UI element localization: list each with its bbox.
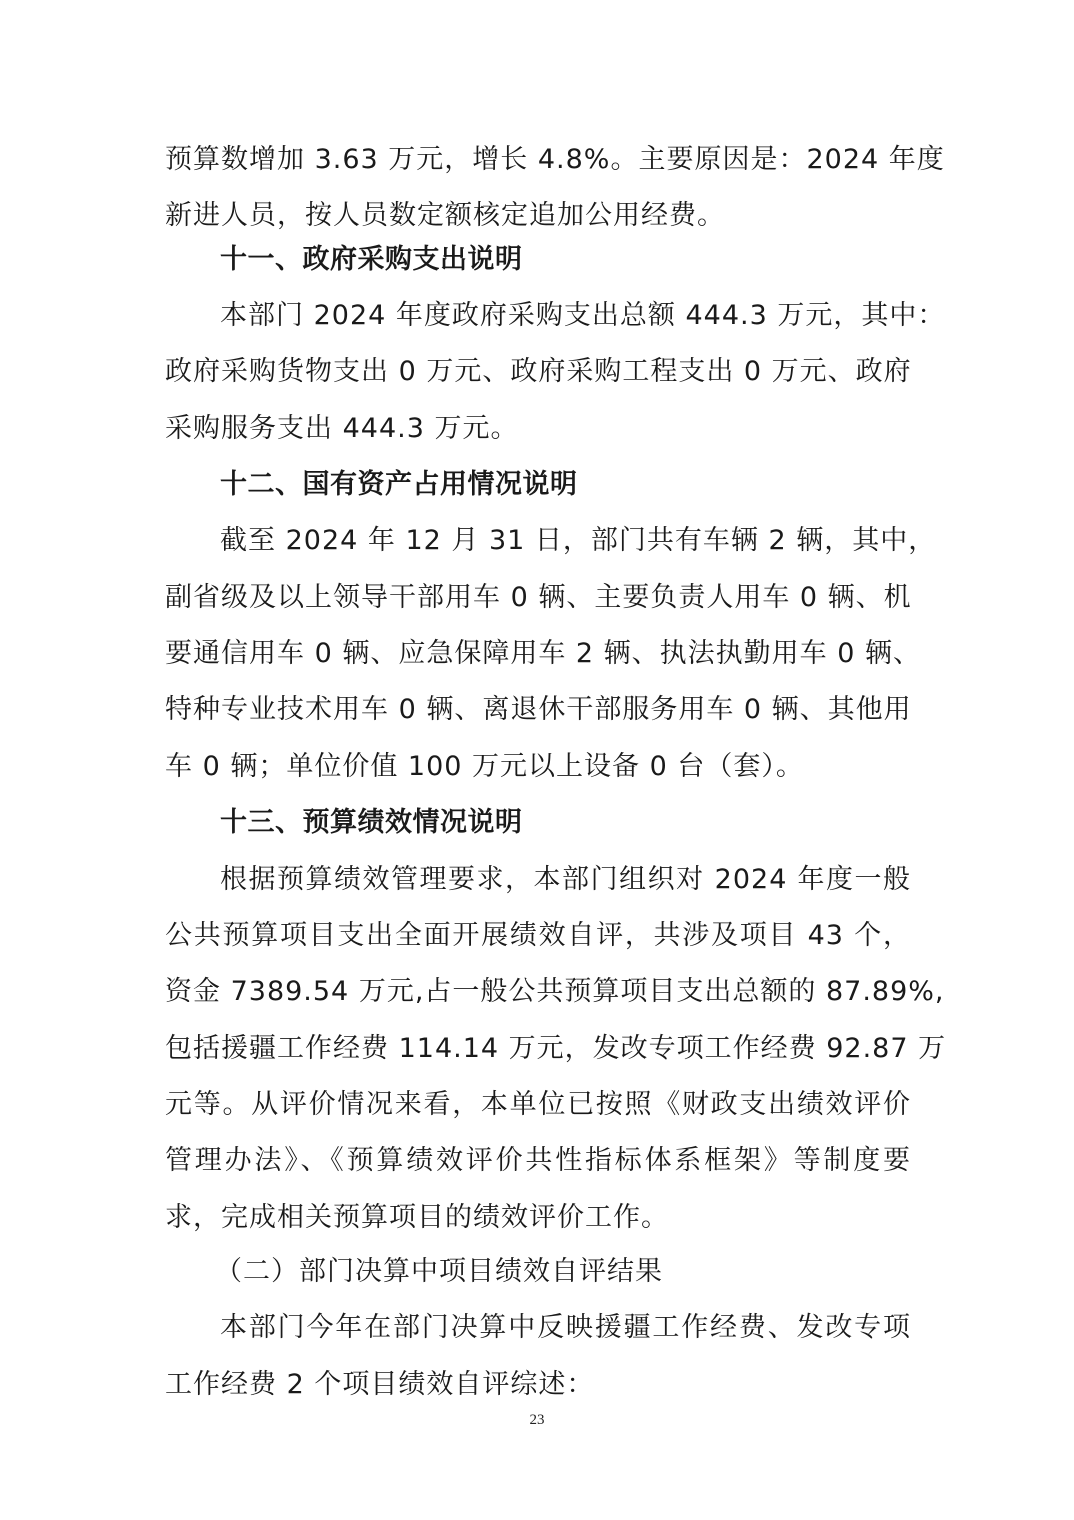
section-heading-performance: 十三、预算绩效情况说明 bbox=[165, 803, 911, 843]
paragraph-line: 包括援疆工作经费 114.14 万元，发改专项工作经费 92.87 万 bbox=[165, 1029, 911, 1069]
paragraph-line: 车 0 辆；单位价值 100 万元以上设备 0 台（套）。 bbox=[165, 747, 911, 787]
paragraph-line: 截至 2024 年 12 月 31 日，部门共有车辆 2 辆，其中， bbox=[165, 521, 911, 561]
paragraph-line: 政府采购货物支出 0 万元、政府采购工程支出 0 万元、政府 bbox=[165, 352, 911, 392]
paragraph-line: 特种专业技术用车 0 辆、离退休干部服务用车 0 辆、其他用 bbox=[165, 690, 911, 730]
section-heading-assets: 十二、国有资产占用情况说明 bbox=[165, 465, 911, 505]
subsection-heading: （二）部门决算中项目绩效自评结果 bbox=[165, 1252, 911, 1292]
paragraph-line: 本部门 2024 年度政府采购支出总额 444.3 万元，其中： bbox=[165, 296, 911, 336]
paragraph-line: 本部门今年在部门决算中反映援疆工作经费、发改专项 bbox=[165, 1308, 911, 1348]
paragraph-line: 资金 7389.54 万元,占一般公共预算项目支出总额的 87.89%, bbox=[165, 972, 911, 1012]
paragraph-line: 元等。从评价情况来看，本单位已按照《财政支出绩效评价 bbox=[165, 1085, 911, 1125]
page-number: 23 bbox=[0, 1412, 1074, 1429]
paragraph-line: 预算数增加 3.63 万元，增长 4.8%。主要原因是：2024 年度 bbox=[165, 140, 911, 180]
section-heading-procurement: 十一、政府采购支出说明 bbox=[165, 240, 911, 280]
paragraph-line: 公共预算项目支出全面开展绩效自评，共涉及项目 43 个， bbox=[165, 916, 911, 956]
paragraph-line: 新进人员，按人员数定额核定追加公用经费。 bbox=[165, 196, 911, 236]
paragraph-line: 管理办法》、《预算绩效评价共性指标体系框架》等制度要 bbox=[165, 1141, 911, 1181]
paragraph-line: 副省级及以上领导干部用车 0 辆、主要负责人用车 0 辆、机 bbox=[165, 578, 911, 618]
paragraph-line: 求，完成相关预算项目的绩效评价工作。 bbox=[165, 1198, 911, 1238]
paragraph-line: 工作经费 2 个项目绩效自评综述： bbox=[165, 1365, 911, 1405]
paragraph-line: 采购服务支出 444.3 万元。 bbox=[165, 409, 911, 449]
paragraph-line: 要通信用车 0 辆、应急保障用车 2 辆、执法执勤用车 0 辆、 bbox=[165, 634, 911, 674]
paragraph-line: 根据预算绩效管理要求，本部门组织对 2024 年度一般 bbox=[165, 860, 911, 900]
